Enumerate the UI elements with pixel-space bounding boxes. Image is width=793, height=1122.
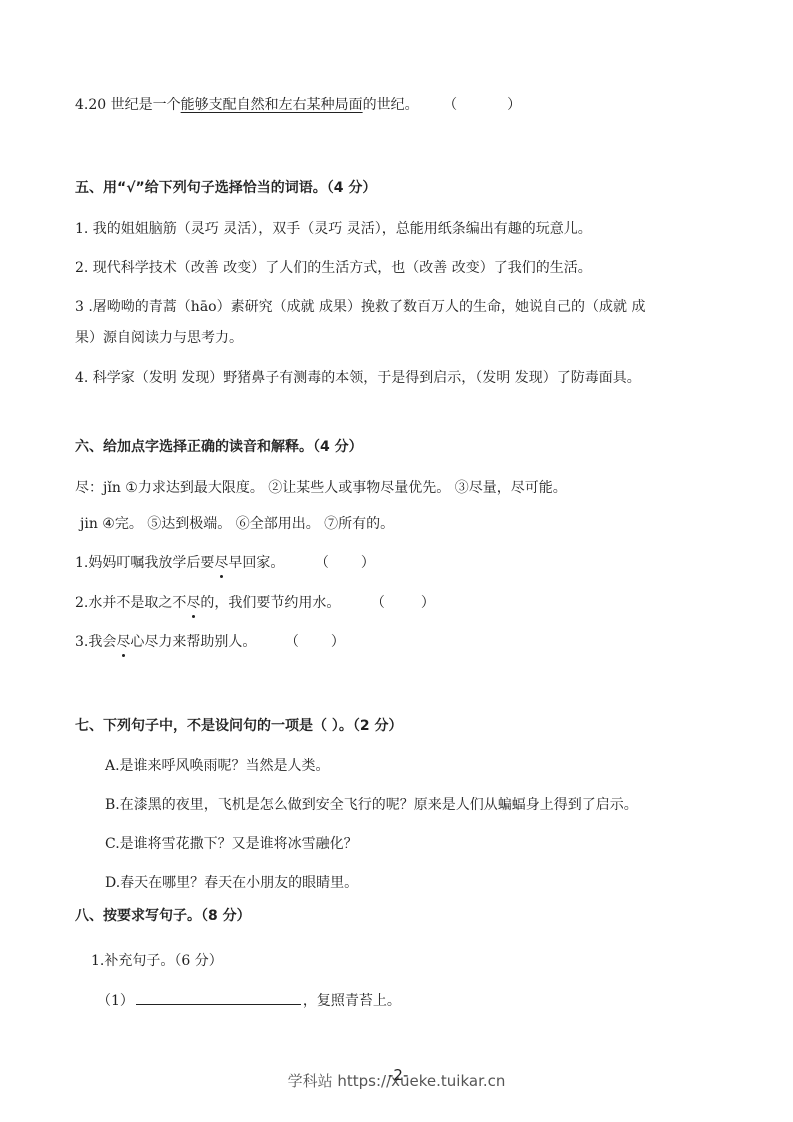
section5-item-4: 4. 科学家（发明 发现）野猪鼻子有测毒的本领，于是得到启示，（发明 发现）了防… (75, 368, 641, 388)
section6-item-3: 3.我会尽心尽力来帮助别人。 （） (75, 632, 345, 652)
item-text: ，复照青苔上。 (303, 993, 401, 1009)
answer-paren-close: ） (421, 595, 435, 611)
section8-heading: 八、按要求写句子。（8 分） (75, 906, 251, 926)
section7-option-c: C.是谁将雪花撒下？又是谁将冰雪融化？ (105, 834, 358, 854)
q4-item4-underlined: 能够支配自然和左右某种局面 (181, 97, 363, 113)
section5-heading: 五、用“√”给下列句子选择恰当的词语。（4 分） (75, 178, 376, 198)
section8-sub1: 1.补充句子。（6 分） (91, 951, 223, 971)
item-text: 的，我们要节约用水。 (200, 595, 340, 611)
section5-item-1: 1. 我的姐姐脑筋（灵巧 灵活），双手（灵巧 灵活），总能用纸条编出有趣的玩意儿… (75, 219, 592, 239)
item-text: 早回家。 (228, 555, 284, 571)
dotted-char: 尽 (186, 593, 200, 613)
answer-paren-open: （ (315, 555, 329, 571)
item-number: （1） (97, 993, 134, 1009)
section6-reading-2: jin ④完。 ⑤达到极端。 ⑥全部用出。 ⑦所有的。 (80, 514, 394, 534)
section5-item-3: 3 .屠呦呦的青蒿（hāo）素研究（成就 成果）挽救了数百万人的生命，她说自己的… (75, 297, 646, 317)
answer-paren-close: ） (507, 97, 521, 113)
section7-option-a: A.是谁来呼风唤雨呢？当然是人类。 (105, 756, 330, 776)
page-number: -2- (388, 1066, 408, 1084)
section6-item-2: 2.水并不是取之不尽的，我们要节约用水。 （） (75, 593, 435, 613)
answer-paren-close: ） (331, 634, 345, 650)
answer-paren-open: （ (285, 634, 299, 650)
section8-item-1: （1），复照青苔上。 (97, 990, 401, 1011)
section7-heading: 七、下列句子中，不是设问句的一项是（ ）。（2 分） (75, 716, 403, 736)
q4-item4-suffix: 的世纪。 (363, 97, 419, 113)
section6-reading-1: 尽：jǐn ①力求达到最大限度。 ②让某些人或事物尽量优先。 ③尽量，尽可能。 (75, 478, 567, 498)
section6-heading: 六、给加点字选择正确的读音和解释。（4 分） (75, 437, 363, 457)
item-text: 3.我会 (75, 634, 116, 650)
item-text: 1.妈妈叮嘱我放学后要 (75, 555, 214, 571)
q4-item4-prefix: 4.20 世纪是一个 (75, 97, 181, 113)
item-text: 心尽力来帮助别人。 (130, 634, 256, 650)
section5-item-3-cont: 果）源自阅读力与思考力。 (75, 328, 243, 348)
answer-paren-open: （ (371, 595, 385, 611)
answer-paren-open: （ (443, 97, 457, 113)
section7-option-b: B.在漆黑的夜里，飞机是怎么做到安全飞行的呢？原来是人们从蝙蝠身上得到了启示。 (105, 795, 638, 815)
section5-item-2: 2. 现代科学技术（改善 改变）了人们的生活方式，也（改善 改变）了我们的生活。 (75, 258, 592, 278)
section7-option-d: D.春天在哪里？春天在小朋友的眼睛里。 (105, 873, 358, 893)
section6-item-1: 1.妈妈叮嘱我放学后要尽早回家。 （） (75, 553, 375, 573)
dotted-char: 尽 (214, 553, 228, 573)
item-text: 2.水并不是取之不 (75, 595, 186, 611)
q4-item4: 4.20 世纪是一个能够支配自然和左右某种局面的世纪。 （） (75, 95, 521, 115)
dotted-char: 尽 (116, 632, 130, 652)
answer-paren-close: ） (361, 555, 375, 571)
fill-in-blank[interactable] (136, 990, 301, 1005)
